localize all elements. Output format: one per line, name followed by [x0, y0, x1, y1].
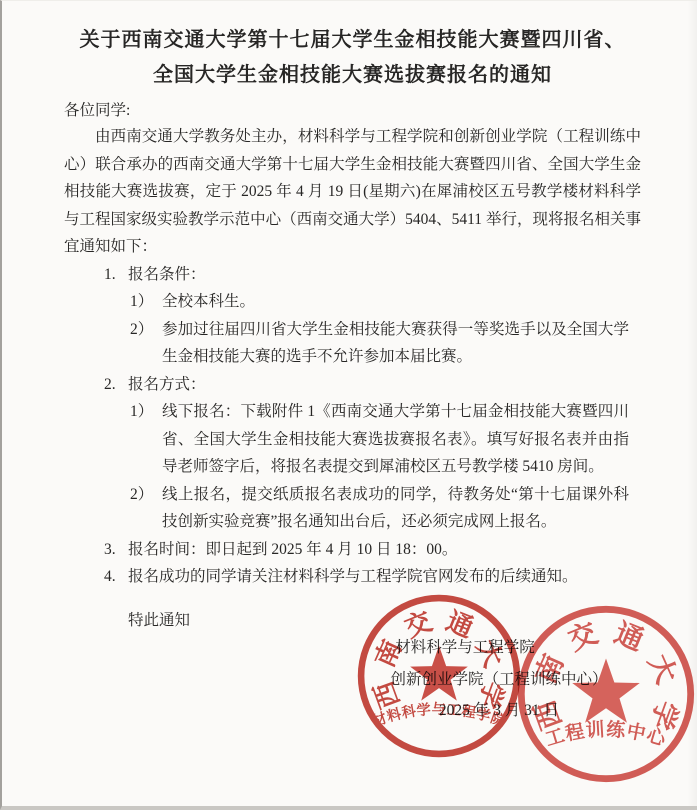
list-subitem-1-2-number: 2） — [130, 316, 162, 371]
list-subitem-1-1-number: 1） — [130, 288, 162, 316]
seal-arc-char: 通 — [610, 617, 648, 657]
list-item-4-number: 4. — [104, 563, 128, 591]
list-item-2-label: 报名方式： — [128, 371, 641, 399]
seal-arc-char: 交 — [401, 606, 437, 643]
list-item-2-number: 2. — [104, 371, 128, 399]
seal-arc-char: 交 — [564, 617, 602, 657]
star-icon — [410, 646, 468, 701]
notice-document: 关于西南交通大学第十七届大学生金相技能大赛暨四川省、 全国大学生金相技能大赛选拔… — [0, 0, 697, 810]
list-subitem-1-1-text: 全校本科生。 — [162, 288, 641, 316]
seal-arc-char: 南 — [530, 650, 571, 689]
list-subitem-1-2-text: 参加过往届四川省大学生金相技能大赛获得一等奖选手以及全国大学生金相技能大赛的选手… — [162, 316, 641, 371]
seal-arc-char: 大 — [471, 636, 508, 672]
list-subitem-2-1-text: 线下报名：下载附件 1《西南交通大学第十七届金相技能大赛暨四川省、全国大学生金相… — [162, 398, 641, 481]
notice-title-line1: 关于西南交通大学第十七届大学生金相技能大赛暨四川省、 — [80, 29, 626, 51]
notice-list: 1. 报名条件： 1） 全校本科生。 2） 参加过往届四川省大学生金相技能大赛获… — [64, 261, 641, 591]
list-subitem-1-1: 1） 全校本科生。 — [64, 288, 641, 316]
seal-arc-char: 西 — [369, 678, 405, 713]
list-item-4: 4. 报名成功的同学请关注材料科学与工程学院官网发布的后续通知。 — [64, 563, 641, 591]
seal-stamp-training-center-icon: 西 南 交 通 大 学 工程训练中心 — [514, 602, 697, 786]
seal-stamp-materials-icon: 西 南 交 通 大 学 材料科学与工程学院 — [354, 591, 524, 761]
seal-arc-char: 大 — [642, 650, 683, 689]
notice-title-line2: 全国大学生金相技能大赛选拔赛报名的通知 — [153, 64, 552, 86]
list-item-1: 1. 报名条件： 1） 全校本科生。 2） 参加过往届四川省大学生金相技能大赛获… — [64, 261, 641, 371]
list-subitem-2-1: 1） 线下报名：下载附件 1《西南交通大学第十七届金相技能大赛暨四川省、全国大学… — [64, 398, 641, 481]
list-item-3: 3. 报名时间：即日起到 2025 年 4 月 10 日 18：00。 — [64, 536, 641, 564]
list-subitem-2-2: 2） 线上报名，提交纸质报名表成功的同学，待教务处“第十七届课外科技创新实验竞赛… — [64, 481, 641, 536]
list-item-2: 2. 报名方式： 1） 线下报名：下载附件 1《西南交通大学第十七届金相技能大赛… — [64, 371, 641, 536]
star-icon — [572, 658, 640, 722]
list-item-4-label: 报名成功的同学请关注材料科学与工程学院官网发布的后续通知。 — [128, 563, 641, 591]
salutation: 各位同学: — [64, 99, 641, 123]
seal-arc-char: 南 — [370, 636, 407, 672]
list-item-1-label: 报名条件： — [128, 261, 641, 289]
seal-arc-char: 通 — [442, 607, 477, 644]
list-item-3-label: 报名时间：即日起到 2025 年 4 月 10 日 18：00。 — [128, 536, 641, 564]
seal-arc-char: 学 — [473, 678, 509, 713]
list-subitem-1-2: 2） 参加过往届四川省大学生金相技能大赛获得一等奖选手以及全国大学生金相技能大赛… — [64, 316, 641, 371]
list-subitem-2-1-number: 1） — [130, 398, 162, 481]
notice-title: 关于西南交通大学第十七届大学生金相技能大赛暨四川省、 全国大学生金相技能大赛选拔… — [64, 23, 641, 93]
list-subitem-2-2-number: 2） — [130, 481, 162, 536]
list-item-1-number: 1. — [104, 261, 128, 289]
intro-paragraph: 由西南交通大学教务处主办，材料科学与工程学院和创新创业学院（工程训练中心）联合承… — [64, 123, 641, 261]
list-item-3-number: 3. — [104, 536, 128, 564]
notice-content: 关于西南交通大学第十七届大学生金相技能大赛暨四川省、 全国大学生金相技能大赛选拔… — [2, 1, 697, 634]
list-subitem-2-2-text: 线上报名，提交纸质报名表成功的同学，待教务处“第十七届课外科技创新实验竞赛”报名… — [162, 481, 641, 536]
